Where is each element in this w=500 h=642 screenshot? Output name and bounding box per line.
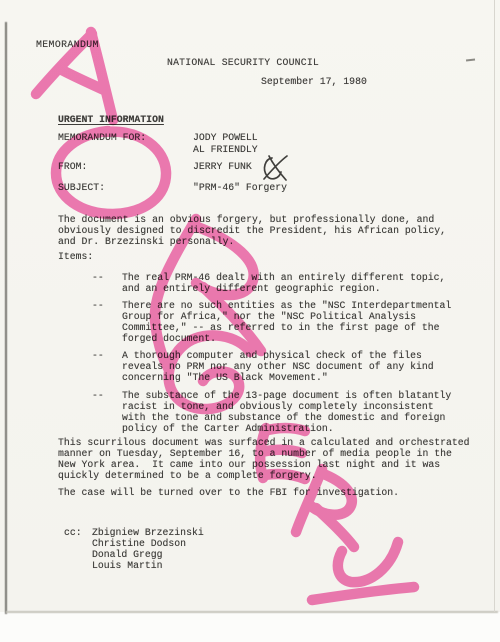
bullet-line: reveals no PRM nor any other NSC documen… [122, 361, 434, 372]
body-line: New York area. It came into our possessi… [58, 459, 440, 470]
from-value: JERRY FUNK [193, 161, 252, 172]
cc-name: Christine Dodson [92, 538, 186, 549]
body-line: and Dr. Brzezinski personally. [58, 236, 234, 247]
priority-heading: URGENT INFORMATION [58, 114, 164, 125]
body-line: manner on Tuesday, September 16, to a nu… [58, 448, 452, 459]
bullet-dash: -- [92, 300, 104, 311]
body-line: This scurrilous document was surfaced in… [58, 437, 470, 448]
from-label: FROM: [58, 161, 87, 172]
memo-for-label: MEMORANDUM FOR: [58, 132, 146, 143]
cc-name: Louis Martin [92, 560, 163, 571]
bullet-line: Group for Africa," nor the "NSC Politica… [122, 311, 416, 322]
scan-background [0, 612, 500, 642]
bullet-dash: -- [92, 272, 104, 283]
bullet-line: The substance of the 13-page document is… [122, 390, 451, 401]
body-line: The document is an obvious forgery, but … [58, 214, 434, 225]
body-line: The case will be turned over to the FBI … [58, 487, 399, 498]
organization-title: NATIONAL SECURITY COUNCIL [167, 57, 319, 68]
subject-value: "PRM-46" Forgery [193, 182, 287, 193]
subject-label: SUBJECT: [58, 182, 105, 193]
cc-name: Donald Gregg [92, 549, 163, 560]
items-label: Items: [58, 251, 93, 262]
bullet-line: A thorough computer and physical check o… [122, 350, 422, 361]
recipient: JODY POWELL [193, 132, 258, 143]
bullet-line: racist in tone, and obviously completely… [122, 401, 434, 412]
bullet-dash: -- [92, 390, 104, 401]
body-line: quickly determined to be a complete forg… [58, 470, 317, 481]
bullet-line: The real PRM-46 dealt with an entirely d… [122, 272, 445, 283]
bullet-dash: -- [92, 350, 104, 361]
cc-name: Zbigniew Brzezinski [92, 527, 204, 538]
bullet-line: with the tone and substance of the domes… [122, 412, 445, 423]
right-scan-edge [494, 0, 495, 612]
left-scan-edge [5, 22, 7, 614]
bullet-line: and an entirely different geographic reg… [122, 283, 381, 294]
cc-label: cc: [64, 527, 82, 538]
bullet-line: Committee," -- as referred to in the fir… [122, 322, 439, 333]
bullet-line: concerning "The US Black Movement." [122, 372, 328, 383]
bullet-line: policy of the Carter Administration. [122, 423, 334, 434]
recipient: AL FRIENDLY [193, 144, 258, 155]
bullet-line: There are no such entities as the "NSC I… [122, 300, 451, 311]
bottom-scan-edge [6, 611, 498, 613]
bullet-line: forged document. [122, 333, 216, 344]
memo-scan: MEMORANDUM NATIONAL SECURITY COUNCIL Sep… [0, 0, 500, 642]
date: September 17, 1980 [261, 76, 367, 87]
body-line: obviously designed to discredit the Pres… [58, 225, 446, 236]
memorandum-label: MEMORANDUM [36, 39, 99, 50]
